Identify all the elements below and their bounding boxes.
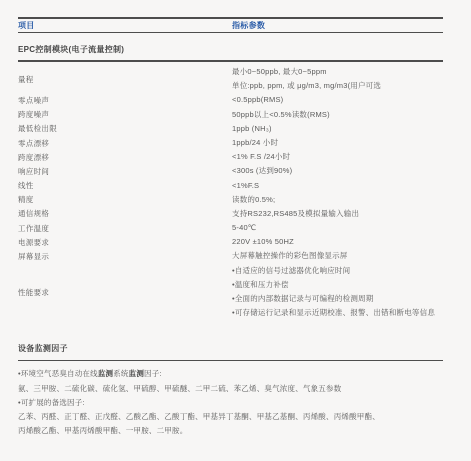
spec-row-label: 跨度漂移 [18, 152, 232, 163]
spec-value-line: <0.5ppb(RMS) [232, 93, 443, 107]
spec-row-label: 通信规格 [18, 208, 232, 219]
spec-value-line: 220V ±10% 50HZ [232, 235, 443, 249]
spec-row: 跨度噪声50ppb以上<0.5%读数(RMS) [18, 108, 443, 122]
table-header-item: 项目 [18, 20, 232, 31]
factor-line: •环境空气恶臭自动在线监测系统监测因子: [18, 367, 443, 381]
spec-row: 电源要求220V ±10% 50HZ [18, 235, 443, 249]
spec-rows: 量程最小0~50ppb, 最大0~5ppm单位:ppb, ppm, 或 μg/m… [18, 62, 443, 320]
spec-row: 跨度漂移<1% F.S /24小时 [18, 150, 443, 164]
monitoring-section-title: 设备监测因子 [18, 343, 443, 361]
spec-row-label: 零点漂移 [18, 138, 232, 149]
spec-row: 零点漂移1ppb/24 小时 [18, 136, 443, 150]
spec-row-values: 最小0~50ppb, 最大0~5ppm单位:ppb, ppm, 或 μg/m3,… [232, 65, 443, 93]
spec-row: 量程最小0~50ppb, 最大0~5ppm单位:ppb, ppm, 或 μg/m… [18, 65, 443, 93]
spec-value-line: 1ppb/24 小时 [232, 136, 443, 150]
spec-row-values: 50ppb以上<0.5%读数(RMS) [232, 108, 443, 122]
spec-value-line: <1% F.S /24小时 [232, 150, 443, 164]
spec-row-label: 最低检出限 [18, 123, 232, 134]
spec-row-label: 精度 [18, 194, 232, 205]
spec-row: 屏幕显示大屏幕触控操作的彩色图像显示屏 [18, 249, 443, 263]
spec-row-values: 大屏幕触控操作的彩色图像显示屏 [232, 249, 443, 263]
spec-row-values: 支持RS232,RS485及模拟量输入输出 [232, 207, 443, 221]
spec-value-line: 大屏幕触控操作的彩色图像显示屏 [232, 249, 443, 263]
spec-row-label: 响应时间 [18, 166, 232, 177]
factor-line: 乙苯、丙醛、正丁醛、正戊醛、乙酸乙酯、乙酸丁酯、甲基异丁基酮、甲基乙基酮、丙烯酸… [18, 410, 443, 424]
spec-row-label: 电源要求 [18, 237, 232, 248]
spec-row-label: 屏幕显示 [18, 251, 232, 262]
spec-value-line: •可存储运行记录和显示近期校准、报警、出错和断电等信息 [232, 306, 443, 320]
spec-row-values: <1%F.S [232, 179, 443, 193]
spec-row: 工作温度5-40℃ [18, 221, 443, 235]
spec-row-values: <1% F.S /24小时 [232, 150, 443, 164]
spec-row-values: <300s (达到90%) [232, 164, 443, 178]
spec-row-label: 线性 [18, 180, 232, 191]
table-header-parameters: 指标参数 [232, 20, 265, 31]
spec-value-line: 最小0~50ppb, 最大0~5ppm [232, 65, 443, 79]
spec-row-label: 零点噪声 [18, 95, 232, 106]
spec-value-line: •温度和压力补偿 [232, 278, 443, 292]
spec-content: 项目 指标参数 EPC控制模块(电子流量控制) 量程最小0~50ppb, 最大0… [18, 17, 443, 438]
spec-row: 性能要求•自适应的信号过滤器优化响应时间•温度和压力补偿•全面的内部数据记录与可… [18, 264, 443, 321]
spec-value-line: •全面的内部数据记录与可编程的检测周期 [232, 292, 443, 306]
spec-document-page: 项目 指标参数 EPC控制模块(电子流量控制) 量程最小0~50ppb, 最大0… [0, 0, 471, 461]
spec-row: 零点噪声<0.5ppb(RMS) [18, 93, 443, 107]
factor-line: •可扩展的备选因子: [18, 396, 443, 410]
spec-row: 响应时间<300s (达到90%) [18, 164, 443, 178]
spec-row: 线性<1%F.S [18, 179, 443, 193]
factor-line: 丙烯酸乙酯、甲基丙烯酸甲酯、一甲胺、二甲胺。 [18, 424, 443, 438]
spec-row-label: 跨度噪声 [18, 109, 232, 120]
spec-row-values: 220V ±10% 50HZ [232, 235, 443, 249]
spec-value-line: <1%F.S [232, 179, 443, 193]
spec-value-line: 单位:ppb, ppm, 或 μg/m3, mg/m3(用户可选 [232, 79, 443, 93]
spec-row-label: 量程 [18, 74, 232, 85]
spec-value-line: <300s (达到90%) [232, 164, 443, 178]
spec-row-values: •自适应的信号过滤器优化响应时间•温度和压力补偿•全面的内部数据记录与可编程的检… [232, 264, 443, 321]
spec-row-values: <0.5ppb(RMS) [232, 93, 443, 107]
spec-value-line: 1ppb (NH₃) [232, 122, 443, 136]
spec-row-values: 读数的0.5%; [232, 193, 443, 207]
spec-value-line: 读数的0.5%; [232, 193, 443, 207]
spec-row-label: 性能要求 [18, 287, 232, 298]
spec-row: 精度读数的0.5%; [18, 193, 443, 207]
spec-row: 最低检出限1ppb (NH₃) [18, 122, 443, 136]
factor-lines: •环境空气恶臭自动在线监测系统监测因子:氨、三甲胺、二硫化碳、硫化氢、甲硫醇、甲… [18, 361, 443, 438]
spec-row: 通信规格支持RS232,RS485及模拟量输入输出 [18, 207, 443, 221]
spec-row-values: 1ppb (NH₃) [232, 122, 443, 136]
spec-row-values: 5-40℃ [232, 221, 443, 235]
spec-value-line: 50ppb以上<0.5%读数(RMS) [232, 108, 443, 122]
factor-line: 氨、三甲胺、二硫化碳、硫化氢、甲硫醇、甲硫醚、二甲二硫、苯乙烯、臭气浓度、气象五… [18, 382, 443, 396]
spec-value-line: 5-40℃ [232, 221, 443, 235]
epc-section-title: EPC控制模块(电子流量控制) [18, 44, 443, 62]
spec-row-values: 1ppb/24 小时 [232, 136, 443, 150]
spec-value-line: •自适应的信号过滤器优化响应时间 [232, 264, 443, 278]
spec-value-line: 支持RS232,RS485及模拟量输入输出 [232, 207, 443, 221]
table-header-row: 项目 指标参数 [18, 17, 443, 33]
spec-row-label: 工作温度 [18, 223, 232, 234]
